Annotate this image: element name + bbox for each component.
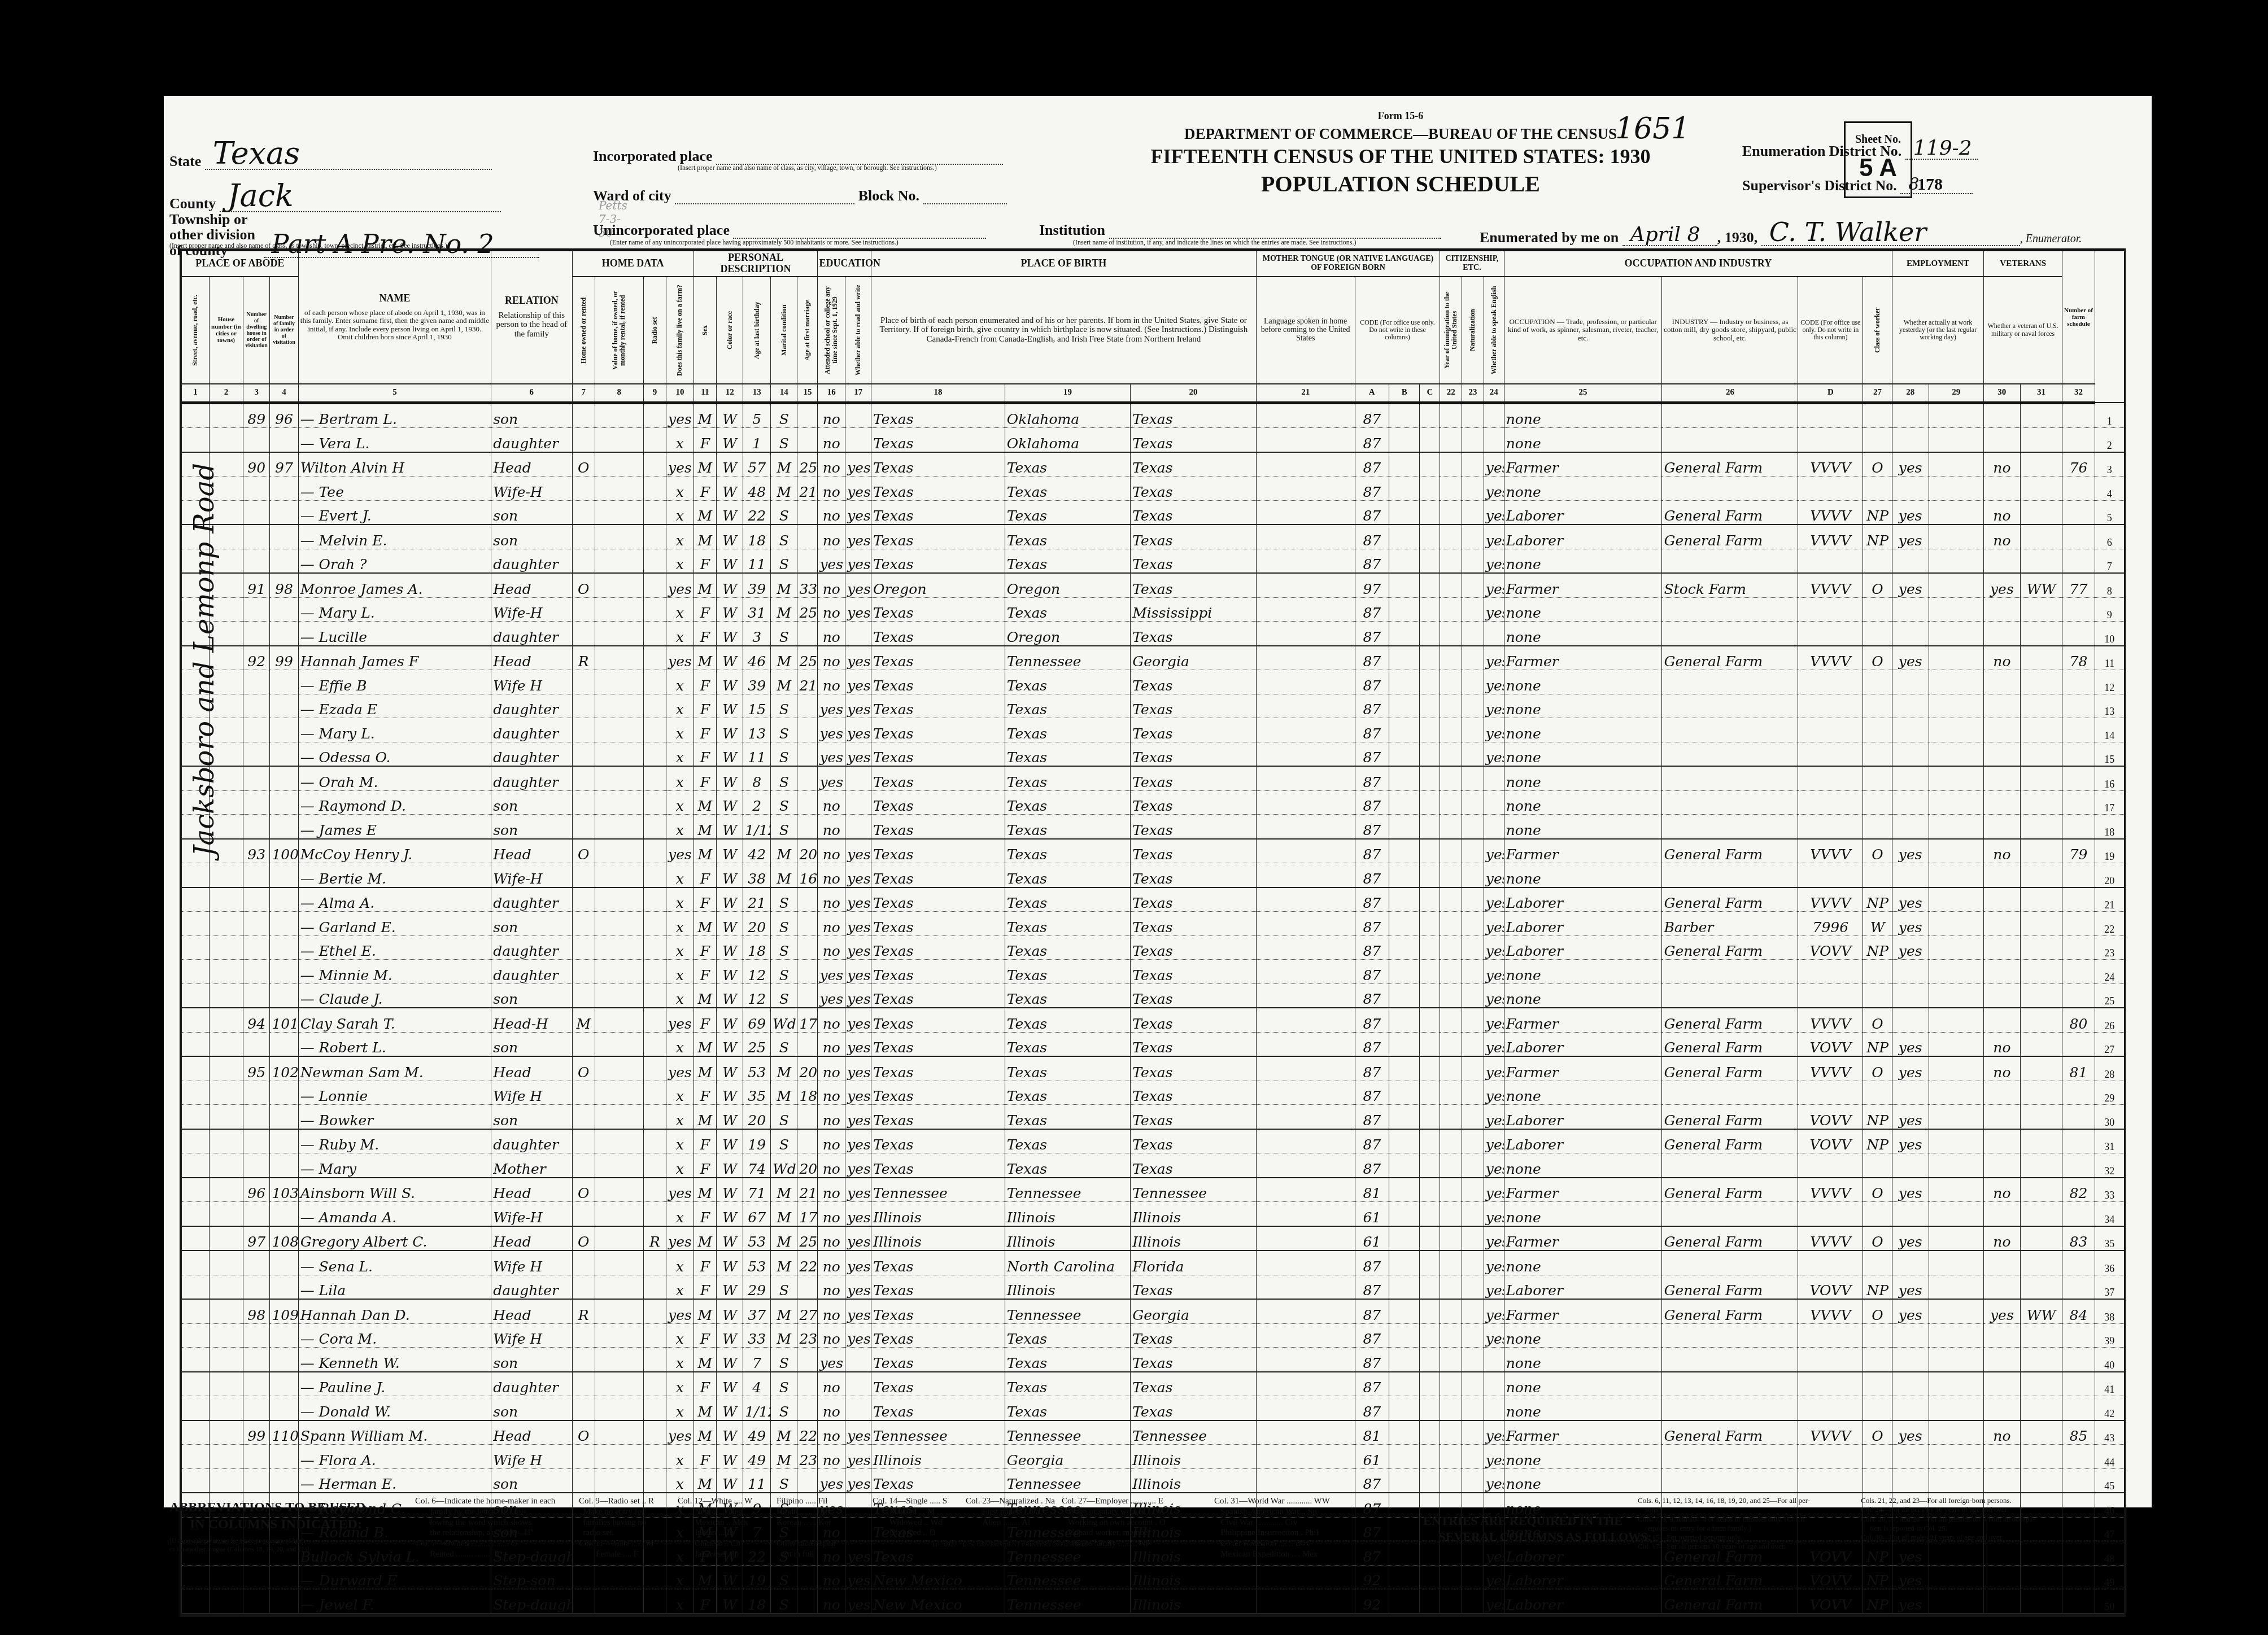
cell-empty: [1389, 1517, 1420, 1541]
cell-family: [270, 1565, 298, 1589]
column-number: 24: [1484, 384, 1504, 403]
cell-relation: Wife H: [491, 670, 572, 694]
cell-farm-sched: [2062, 983, 2095, 1008]
cell-farm-sched: [2062, 428, 2095, 452]
cell-father-birth: Texas: [1005, 863, 1130, 888]
cell-war: [2020, 403, 2062, 428]
cell-school: yes: [818, 1468, 845, 1493]
cell-race: W: [716, 888, 743, 912]
cell-race: W: [716, 1299, 743, 1323]
cell-empty: [1420, 1299, 1440, 1323]
cell-family: 103: [270, 1178, 298, 1202]
cell-vet: [1984, 912, 2021, 936]
population-schedule-table: PLACE OF ABODE NAMEof each person whose …: [180, 248, 2126, 1617]
group-place-of-birth: PLACE OF BIRTH: [871, 251, 1257, 277]
cell-empty: [182, 1323, 210, 1348]
cell-birth: Texas: [871, 500, 1005, 524]
cell-age: 1/12: [743, 1396, 771, 1420]
cell-marital: S: [771, 1129, 797, 1153]
cell-birth: Texas: [871, 524, 1005, 549]
cell-empty: [595, 863, 643, 888]
cell-farm-sched: [2062, 549, 2095, 573]
cell-first-marriage: [797, 960, 818, 984]
cell-home: [572, 549, 595, 573]
cell-dwelling: [243, 718, 270, 742]
cell-empty: [1256, 1105, 1355, 1129]
cell-first-marriage: 21: [797, 476, 818, 501]
cell-industry: [1662, 1372, 1798, 1396]
cell-vet: no: [1984, 500, 2021, 524]
margin-road-note: Jacksboro and Lemonp Road: [189, 463, 220, 856]
cell-industry: [1662, 790, 1798, 815]
cell-at-work: yes: [1892, 1565, 1929, 1589]
cell-empty: [1256, 670, 1355, 694]
column-number: 11: [694, 384, 716, 403]
cell-class: NP: [1863, 1129, 1892, 1153]
cell-industry: [1662, 549, 1798, 573]
line-number: 38: [2095, 1299, 2124, 1323]
column-number: B: [1389, 384, 1420, 403]
cell-read: yes: [845, 1589, 871, 1614]
cell-code-a: 87: [1355, 646, 1389, 670]
column-number: 16: [818, 384, 845, 403]
cell-occupation: none: [1504, 597, 1662, 622]
cell-birth: Texas: [871, 1008, 1005, 1032]
cell-father-birth: Texas: [1005, 1348, 1130, 1372]
cell-empty: [1929, 888, 1984, 912]
cell-empty: [182, 428, 210, 452]
cell-at-work: yes: [1892, 1129, 1929, 1153]
cell-relation: Mother: [491, 1153, 572, 1178]
cell-code-d: VVVV: [1798, 839, 1863, 863]
cell-read: yes: [845, 476, 871, 501]
cell-empty: [182, 935, 210, 960]
cell-family: [270, 622, 298, 646]
cell-class: [1863, 1348, 1892, 1372]
cell-empty: [595, 742, 643, 766]
cell-class: NP: [1863, 1565, 1892, 1589]
cell-marital: M: [771, 1178, 797, 1202]
name-description: of each person whose place of abode on A…: [300, 309, 490, 341]
cell-industry: [1662, 1348, 1798, 1372]
cell-race: W: [716, 1251, 743, 1275]
cell-empty: [182, 960, 210, 984]
cell-empty: [595, 718, 643, 742]
cell-farm-sched: 82: [2062, 1178, 2095, 1202]
cell-at-work: [1892, 403, 1929, 428]
cell-empty: [1462, 742, 1484, 766]
cell-read: yes: [845, 839, 871, 863]
cell-code-d: [1798, 1323, 1863, 1348]
cell-first-marriage: [797, 983, 818, 1008]
cell-empty: [1256, 790, 1355, 815]
cell-farm: yes: [666, 1056, 694, 1081]
cell-farm: x: [666, 1589, 694, 1614]
cell-empty: [1420, 1420, 1440, 1445]
line-number: 30: [2095, 1105, 2124, 1129]
cell-dwelling: [243, 1323, 270, 1348]
cell-farm: x: [666, 790, 694, 815]
cell-age: 37: [743, 1299, 771, 1323]
census-row: — Mary L.Wife-HxFW31M25noyesTexasTexasMi…: [182, 597, 2125, 622]
cell-race: W: [716, 1323, 743, 1348]
cell-family: 97: [270, 452, 298, 476]
cell-empty: [1420, 912, 1440, 936]
cell-first-marriage: [797, 1129, 818, 1153]
cell-empty: [1462, 935, 1484, 960]
cell-first-marriage: [797, 718, 818, 742]
cell-empty: [182, 863, 210, 888]
census-row: — Flora A.Wife HxFW49M23noyesIllinoisGeo…: [182, 1445, 2125, 1469]
cell-school: no: [818, 1445, 845, 1469]
cell-code-d: [1798, 1251, 1863, 1275]
cell-radio: [643, 1589, 666, 1614]
cell-school: no: [818, 403, 845, 428]
cell-vet: [1984, 549, 2021, 573]
cell-empty: [595, 1105, 643, 1129]
cell-vet: [1984, 670, 2021, 694]
cell-farm-sched: [2062, 1493, 2095, 1517]
line-number: 19: [2095, 839, 2124, 863]
cell-father-birth: Tennessee: [1005, 1420, 1130, 1445]
cell-father-birth: Texas: [1005, 960, 1130, 984]
cell-empty: [182, 983, 210, 1008]
cell-read: yes: [845, 863, 871, 888]
cell-farm-sched: [2062, 476, 2095, 501]
cell-marital: S: [771, 888, 797, 912]
column-number: 7: [572, 384, 595, 403]
line-number: 40: [2095, 1348, 2124, 1372]
cell-relation: son: [491, 1468, 572, 1493]
cell-read: yes: [845, 742, 871, 766]
cell-marital: M: [771, 1420, 797, 1445]
line-number: 23: [2095, 935, 2124, 960]
cell-empty: [1389, 1372, 1420, 1396]
cell-empty: [182, 1372, 210, 1396]
cell-name: — Raymond D.: [298, 790, 491, 815]
cell-first-marriage: 23: [797, 1323, 818, 1348]
cell-farm-sched: [2062, 1445, 2095, 1469]
cell-radio: R: [643, 1226, 666, 1251]
cell-empty: [1256, 718, 1355, 742]
cell-first-marriage: [797, 622, 818, 646]
cell-father-birth: Illinois: [1005, 1202, 1130, 1226]
cell-empty: [1440, 1008, 1462, 1032]
cell-mother-birth: Texas: [1131, 549, 1256, 573]
cell-sex: F: [694, 622, 716, 646]
header-industry: INDUSTRY — Industry or business, as cott…: [1662, 277, 1798, 384]
cell-mother-birth: Texas: [1131, 1153, 1256, 1178]
cell-first-marriage: [797, 912, 818, 936]
cell-home: R: [572, 646, 595, 670]
census-row: — BowkersonxMW20SnoyesTexasTexasTexas87y…: [182, 1105, 2125, 1129]
cell-english: yes: [1484, 1226, 1504, 1251]
cell-home: [572, 718, 595, 742]
cell-english: [1484, 622, 1504, 646]
cell-mother-birth: Texas: [1131, 524, 1256, 549]
line-number: 4: [2095, 476, 2124, 501]
cell-first-marriage: [797, 1468, 818, 1493]
cell-birth: Texas: [871, 742, 1005, 766]
cell-empty: [1420, 1032, 1440, 1056]
cell-code-a: 81: [1355, 1178, 1389, 1202]
cell-age: 46: [743, 646, 771, 670]
census-row: — Jewel F.Step-daughterxFW18SnoyesNew Me…: [182, 1589, 2125, 1614]
cell-age: 42: [743, 839, 771, 863]
cell-empty: [209, 1251, 243, 1275]
cell-family: [270, 863, 298, 888]
cell-code-d: VVVV: [1798, 1299, 1863, 1323]
cell-marital: M: [771, 670, 797, 694]
cell-farm-sched: [2062, 1565, 2095, 1589]
cell-empty: [182, 1081, 210, 1105]
cell-empty: [1440, 1445, 1462, 1469]
cell-radio: [643, 1445, 666, 1469]
cell-class: O: [1863, 452, 1892, 476]
line-number: 11: [2095, 646, 2124, 670]
header-street: Street, avenue, road, etc.: [182, 277, 210, 384]
cell-empty: [209, 912, 243, 936]
cell-empty: [1440, 1081, 1462, 1105]
cell-empty: [1420, 1468, 1440, 1493]
cell-age: 1/12: [743, 815, 771, 839]
cell-radio: [643, 1129, 666, 1153]
cell-father-birth: Illinois: [1005, 1226, 1130, 1251]
cell-farm: x: [666, 1129, 694, 1153]
street-label: Street, avenue, road, etc.: [191, 282, 199, 378]
cell-code-a: 61: [1355, 1445, 1389, 1469]
cell-empty: [595, 983, 643, 1008]
cell-empty: [1420, 960, 1440, 984]
cell-code-a: 87: [1355, 524, 1389, 549]
cell-father-birth: Texas: [1005, 1032, 1130, 1056]
census-row: 93100McCoy Henry J.HeadOyesMW42M20noyesT…: [182, 839, 2125, 863]
header-marital: Marital condition: [771, 277, 797, 384]
cell-code-d: [1798, 476, 1863, 501]
abbrev-col31: Col. 31—World War ............ WW Spanis…: [1214, 1496, 1330, 1560]
cell-empty: [595, 1056, 643, 1081]
cell-farm: x: [666, 1202, 694, 1226]
cell-farm-sched: [2062, 597, 2095, 622]
cell-marital: M: [771, 646, 797, 670]
cell-father-birth: Texas: [1005, 670, 1130, 694]
cell-empty: [595, 500, 643, 524]
cell-industry: General Farm: [1662, 1420, 1798, 1445]
cell-mother-birth: Texas: [1131, 960, 1256, 984]
line-number: 42: [2095, 1396, 2124, 1420]
cell-birth: Texas: [871, 1032, 1005, 1056]
cell-farm: x: [666, 428, 694, 452]
census-row: — Orah ?daughterxFW11SyesyesTexasTexasTe…: [182, 549, 2125, 573]
cell-father-birth: Texas: [1005, 694, 1130, 718]
cell-empty: [595, 839, 643, 863]
cell-farm: yes: [666, 1420, 694, 1445]
cell-empty: [1256, 1129, 1355, 1153]
cell-class: [1863, 428, 1892, 452]
cell-english: yes: [1484, 524, 1504, 549]
cell-radio: [643, 1032, 666, 1056]
census-row: — Orah M.daughterxFW8SyesTexasTexasTexas…: [182, 766, 2125, 790]
cell-empty: [1440, 983, 1462, 1008]
cell-war: [2020, 500, 2062, 524]
cell-empty: [1389, 912, 1420, 936]
cell-birth: Texas: [871, 1299, 1005, 1323]
cell-empty: [1440, 1275, 1462, 1299]
cell-mother-birth: Mississippi: [1131, 597, 1256, 622]
cell-code-d: [1798, 766, 1863, 790]
census-row: — Vera L.daughterxFW1SnoTexasOklahomaTex…: [182, 428, 2125, 452]
cell-name: — Bowker: [298, 1105, 491, 1129]
cell-name: — Flora A.: [298, 1445, 491, 1469]
census-row: — Durward EStep-sonxMW19SnoyesNew Mexico…: [182, 1565, 2125, 1589]
cell-code-a: 87: [1355, 1032, 1389, 1056]
cell-empty: [182, 1589, 210, 1614]
cell-empty: [1389, 815, 1420, 839]
cell-mother-birth: Texas: [1131, 1372, 1256, 1396]
census-rows: 8996— Bertram L.sonyesMW5SnoTexasOklahom…: [182, 403, 2125, 1614]
cell-war: [2020, 935, 2062, 960]
cell-empty: [1256, 912, 1355, 936]
cell-code-a: 87: [1355, 888, 1389, 912]
cell-dwelling: [243, 1275, 270, 1299]
line-number: 43: [2095, 1420, 2124, 1445]
entries-list-a: Cols. 6, 11, 12, 13, 14, 16, 18, 19, 20,…: [1638, 1496, 1810, 1551]
cell-school: no: [818, 1372, 845, 1396]
cell-empty: [1440, 549, 1462, 573]
cell-family: [270, 742, 298, 766]
abbreviations-title: ABBREVIATIONS TO BE USED IN COLUMNS INDI…: [169, 1499, 365, 1533]
cell-name: Hannah James F: [298, 646, 491, 670]
cell-code-a: 87: [1355, 1348, 1389, 1372]
cell-mother-birth: Texas: [1131, 935, 1256, 960]
cell-sex: F: [694, 742, 716, 766]
cell-family: [270, 1372, 298, 1396]
header-family-number: Number of family in order of visitation: [270, 277, 298, 384]
cell-radio: [643, 476, 666, 501]
header-code-abc: CODE (For office use only. Do not write …: [1355, 277, 1440, 384]
cell-home: [572, 742, 595, 766]
cell-farm-sched: [2062, 1372, 2095, 1396]
cell-occupation: none: [1504, 1251, 1662, 1275]
column-number: C: [1420, 384, 1440, 403]
cell-farm: x: [666, 524, 694, 549]
cell-empty: [182, 912, 210, 936]
cell-birth: Texas: [871, 1275, 1005, 1299]
cell-empty: [1389, 1032, 1420, 1056]
cell-empty: [1256, 1153, 1355, 1178]
cell-farm-sched: [2062, 815, 2095, 839]
cell-home: [572, 1372, 595, 1396]
cell-sex: F: [694, 718, 716, 742]
cell-occupation: none: [1504, 476, 1662, 501]
cell-occupation: Laborer: [1504, 1589, 1662, 1614]
cell-empty: [1462, 1420, 1484, 1445]
header-dwelling-number: Number of dwelling house in order of vis…: [243, 277, 270, 384]
line-number: 22: [2095, 912, 2124, 936]
cell-empty: [209, 1468, 243, 1493]
cell-at-work: [1892, 1445, 1929, 1469]
cell-occupation: Farmer: [1504, 646, 1662, 670]
cell-empty: [1420, 500, 1440, 524]
cell-first-marriage: [797, 1589, 818, 1614]
column-number: 6: [491, 384, 572, 403]
cell-occupation: Laborer: [1504, 500, 1662, 524]
cell-occupation: none: [1504, 694, 1662, 718]
cell-first-marriage: [797, 1032, 818, 1056]
cell-english: yes: [1484, 935, 1504, 960]
cell-race: W: [716, 670, 743, 694]
cell-at-work: [1892, 960, 1929, 984]
cell-read: yes: [845, 1468, 871, 1493]
cell-empty: [1256, 766, 1355, 790]
cell-family: 96: [270, 403, 298, 428]
cell-at-work: yes: [1892, 573, 1929, 597]
cell-class: [1863, 718, 1892, 742]
cell-war: [2020, 1541, 2062, 1566]
cell-code-d: [1798, 597, 1863, 622]
cell-family: [270, 1589, 298, 1614]
cell-class: NP: [1863, 1105, 1892, 1129]
cell-empty: [1256, 1178, 1355, 1202]
column-number: 22: [1440, 384, 1462, 403]
header-class-of-worker: Class of worker: [1863, 277, 1892, 384]
abbreviations-note: [Use no abbreviations for State or count…: [169, 1537, 309, 1554]
cell-occupation: none: [1504, 1445, 1662, 1469]
cell-home: [572, 1445, 595, 1469]
cell-sex: F: [694, 960, 716, 984]
cell-radio: [643, 1056, 666, 1081]
cell-marital: S: [771, 935, 797, 960]
cell-code-a: 87: [1355, 1153, 1389, 1178]
cell-farm-sched: [2062, 1129, 2095, 1153]
cell-birth: Texas: [871, 694, 1005, 718]
cell-occupation: Laborer: [1504, 1105, 1662, 1129]
cell-empty: [1389, 983, 1420, 1008]
cell-war: [2020, 1323, 2062, 1348]
cell-school: yes: [818, 549, 845, 573]
cell-home: [572, 888, 595, 912]
cell-empty: [1256, 646, 1355, 670]
cell-empty: [1462, 622, 1484, 646]
cell-radio: [643, 839, 666, 863]
cell-empty: [595, 549, 643, 573]
group-mother-tongue: MOTHER TONGUE (OR NATIVE LANGUAGE) OF FO…: [1256, 251, 1440, 277]
census-row: 98109Hannah Dan D.HeadRyesMW37M27noyesTe…: [182, 1299, 2125, 1323]
cell-radio: [643, 1468, 666, 1493]
cell-age: 22: [743, 500, 771, 524]
cell-sex: F: [694, 888, 716, 912]
cell-name: — James E: [298, 815, 491, 839]
cell-empty: [1389, 476, 1420, 501]
cell-empty: [1256, 1348, 1355, 1372]
cell-empty: [1256, 1202, 1355, 1226]
cell-english: yes: [1484, 1299, 1504, 1323]
cell-vet: [1984, 1348, 2021, 1372]
class-of-worker-label: Class of worker: [1874, 282, 1881, 378]
cell-empty: [1389, 1323, 1420, 1348]
cell-birth: Texas: [871, 403, 1005, 428]
cell-farm: yes: [666, 1226, 694, 1251]
institution-field: Institution: [1039, 222, 1441, 239]
cell-age: 39: [743, 573, 771, 597]
cell-name: — Bertie M.: [298, 863, 491, 888]
county-field: County Jack: [169, 181, 501, 212]
cell-mother-birth: Texas: [1131, 403, 1256, 428]
cell-sex: M: [694, 1178, 716, 1202]
cell-first-marriage: 20: [797, 1056, 818, 1081]
cell-english: yes: [1484, 1589, 1504, 1614]
cell-sex: M: [694, 1105, 716, 1129]
